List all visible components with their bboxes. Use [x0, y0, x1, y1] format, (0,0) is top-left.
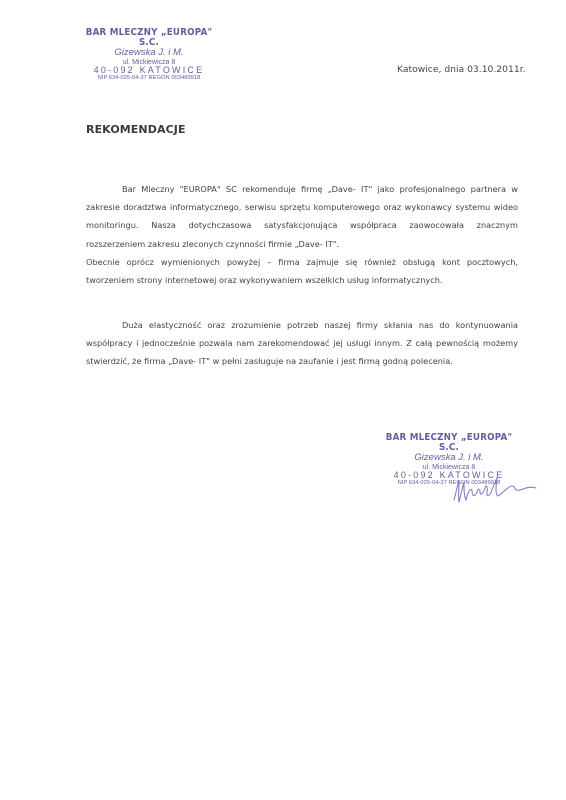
paragraph-recommendation: Bar Mleczny "EUROPA" SC rekomenduje firm…: [86, 180, 518, 253]
letter-body-section-1: Bar Mleczny "EUROPA" SC rekomenduje firm…: [86, 180, 518, 289]
stamp-tax-ids: NIP 634-025-04-37 REGON 003489918: [74, 76, 224, 82]
stamp-owners: Gizewska J. i M.: [74, 48, 224, 58]
date-line: Katowice, dnia 03.10.2011r.: [397, 64, 526, 75]
paragraph-services: Obecnie oprócz wymienionych powyżej – fi…: [86, 253, 518, 289]
stamp-company-name: BAR MLECZNY „EUROPA" S.C.: [80, 28, 218, 47]
letter-body-section-2: Duża elastyczność oraz zrozumienie potrz…: [86, 316, 518, 371]
signature-icon: [450, 474, 540, 506]
stamp-city: 40-092 KATOWICE: [74, 66, 224, 75]
stamp-owners: Gizewska J. i M.: [374, 453, 524, 463]
stamp-company-name: BAR MLECZNY „EUROPA" S.C.: [380, 433, 518, 452]
company-stamp-header: BAR MLECZNY „EUROPA" S.C. Gizewska J. i …: [74, 28, 224, 81]
document-title: REKOMENDACJE: [86, 123, 186, 136]
paragraph-conclusion: Duża elastyczność oraz zrozumienie potrz…: [86, 316, 518, 371]
